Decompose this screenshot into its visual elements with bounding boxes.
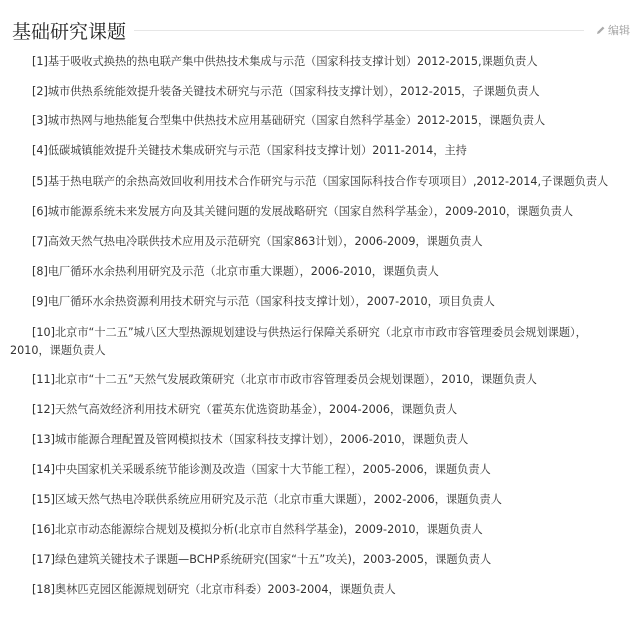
list-item: [4]低碳城镇能效提升关键技术集成研究与示范（国家科技支撑计划）2011-201… <box>0 143 467 159</box>
list-item: [16]北京市动态能源综合规划及模拟分析(北京市自然科学基金)，2009-201… <box>0 522 483 538</box>
list-item: [5]基于热电联产的余热高效回收利用技术合作研究与示范（国家国际科技合作专项项目… <box>0 174 608 190</box>
list-item: [15]区域天然气热电冷联供系统应用研究及示范（北京市重大课题），2002-20… <box>0 492 502 508</box>
list-item: [9]电厂循环水余热资源利用技术研究与示范（国家科技支撑计划），2007-201… <box>0 294 495 310</box>
title-divider <box>134 30 584 31</box>
list-item: [12]天然气高效经济利用技术研究（霍英东优选资助基金），2004-2006，课… <box>0 402 457 418</box>
list-item: [10]北京市“十二五”城八区大型热源规划建设与供热运行保障关系研究（北京市市政… <box>0 324 590 360</box>
list-item: [11]北京市“十二五”天然气发展政策研究（北京市市政市容管理委员会规划课题），… <box>0 372 537 388</box>
list-item: [14]中央国家机关采暖系统节能诊测及改造（国家十大节能工程），2005-200… <box>0 462 491 478</box>
list-item: [1]基于吸收式换热的热电联产集中供热技术集成与示范（国家科技支撑计划）2012… <box>0 54 538 70</box>
list-item: [2]城市供热系统能效提升装备关键技术研究与示范（国家科技支撑计划），2012-… <box>0 84 540 100</box>
section-title: 基础研究课题 <box>12 17 126 44</box>
pencil-icon <box>596 25 606 35</box>
list-item: [8]电厂循环水余热利用研究及示范（北京市重大课题），2006-2010，课题负… <box>0 264 439 280</box>
edit-label: 编辑 <box>608 22 630 38</box>
list-item: [3]城市热网与地热能复合型集中供热技术应用基础研究（国家自然科学基金）2012… <box>0 113 545 129</box>
list-item: [18]奥林匹克园区能源规划研究（北京市科委）2003-2004，课题负责人 <box>0 582 396 598</box>
list-item: [6]城市能源系统未来发展方向及其关键问题的发展战略研究（国家自然科学基金），2… <box>0 204 573 220</box>
edit-button[interactable]: 编辑 <box>596 22 630 38</box>
section-header: 基础研究课题 编辑 <box>12 16 630 44</box>
list-item: [13]城市能源合理配置及管网模拟技术（国家科技支撑计划），2006-2010，… <box>0 432 468 448</box>
list-item: [17]绿色建筑关键技术子课题—BCHP系统研究(国家“十五”攻关)，2003-… <box>0 552 491 568</box>
list-item: [7]高效天然气热电冷联供技术应用及示范研究（国家863计划），2006-200… <box>0 234 483 250</box>
